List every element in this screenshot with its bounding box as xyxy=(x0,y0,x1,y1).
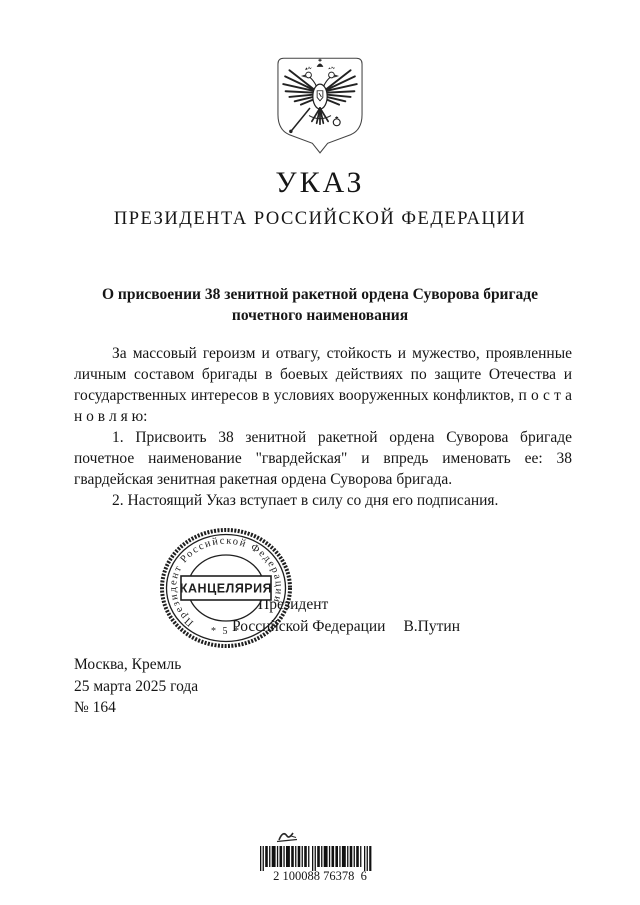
decree-body: За массовый героизм и отвагу, стойкость … xyxy=(74,343,572,511)
office-stamp: Президент Российской Федерации * 5 * КАН… xyxy=(157,526,295,652)
stamp-bottom-text: * 5 * xyxy=(211,626,241,637)
decree-paragraph-preamble: За массовый героизм и отвагу, стойкость … xyxy=(74,343,572,427)
decree-paragraph-1: 1. Присвоить 38 зенитной ракетной ордена… xyxy=(74,427,572,490)
footer-number: № 164 xyxy=(74,697,198,719)
decree-subject-line1: О присвоении 38 зенитной ракетной ордена… xyxy=(70,284,570,305)
decree-subject: О присвоении 38 зенитной ракетной ордена… xyxy=(70,284,570,326)
decree-page: УКАЗ ПРЕЗИДЕНТА РОССИЙСКОЙ ФЕДЕРАЦИИ О п… xyxy=(0,0,640,905)
decree-subject-line2: почетного наименования xyxy=(70,305,570,326)
handwritten-mark-icon xyxy=(276,827,300,845)
decree-issuer: ПРЕЗИДЕНТА РОССИЙСКОЙ ФЕДЕРАЦИИ xyxy=(0,208,640,230)
coat-of-arms-icon xyxy=(277,56,363,158)
footer-place: Москва, Кремль xyxy=(74,654,198,676)
stamp-center-text: КАНЦЕЛЯРИЯ xyxy=(180,582,272,596)
footer-date: 25 марта 2025 года xyxy=(74,676,198,698)
decree-footer: Москва, Кремль 25 марта 2025 года № 164 xyxy=(74,654,198,719)
signature-name: В.Путин xyxy=(403,616,460,638)
decree-title: УКАЗ xyxy=(0,167,640,199)
barcode-digits: 2 100088 76378 6 xyxy=(246,869,394,884)
decree-paragraph-2: 2. Настоящий Указ вступает в силу со дня… xyxy=(74,490,572,511)
